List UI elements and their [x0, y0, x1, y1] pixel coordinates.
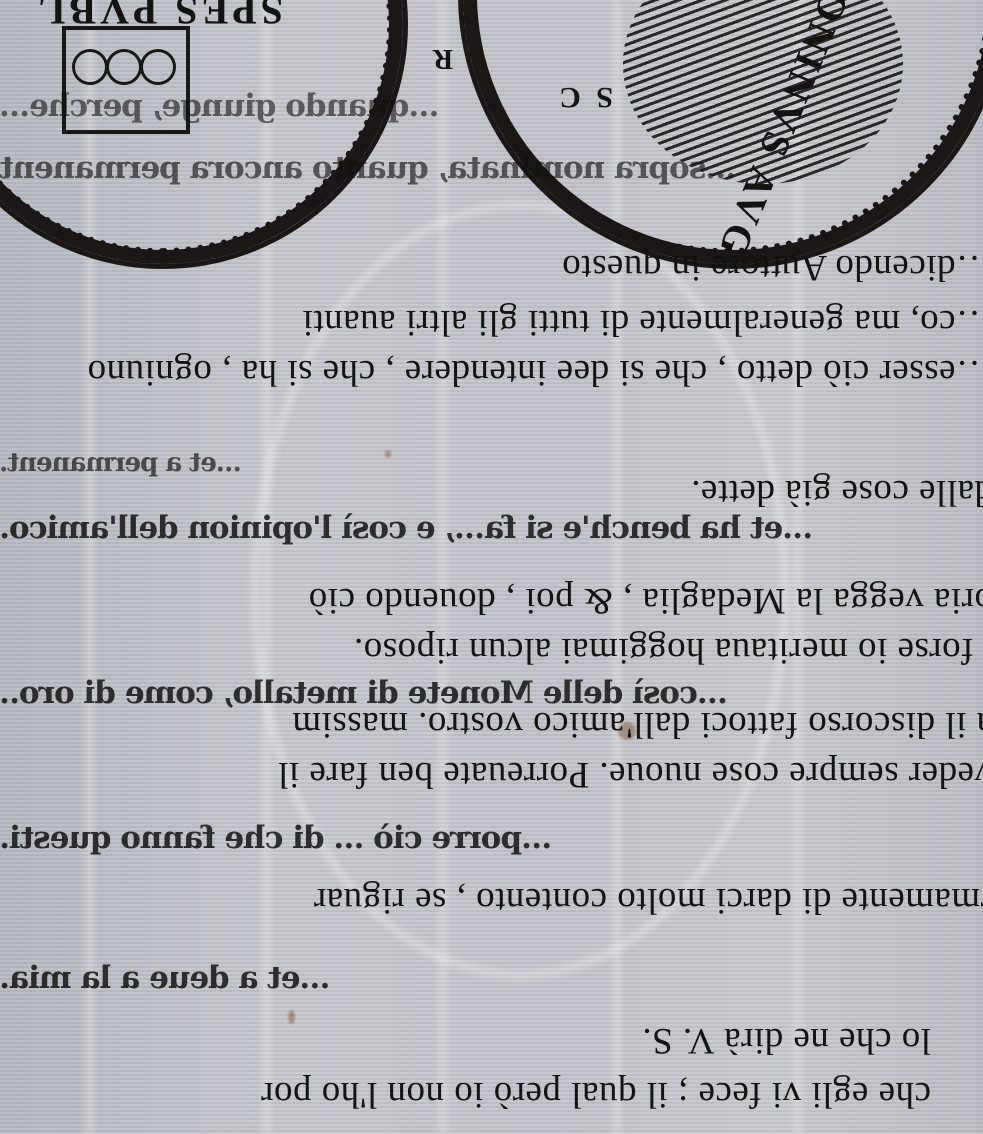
show-through-line: …et ha bench'e si fa…, e così l'opinion …: [0, 510, 813, 546]
coin-left-letter: R: [429, 42, 453, 74]
text-line: oria vegga la Medaglia , & poi , douendo…: [308, 579, 983, 622]
book-page-scan: ANTONINVS AVG S C SPES PVBL R che egli v…: [0, 0, 983, 1134]
show-through-line: …quando giunge, perche…: [0, 88, 439, 124]
text-line: , forse io meritaua hoggimai alcun ripos…: [353, 629, 983, 672]
show-through-line: …et a permanent.: [0, 448, 242, 478]
text-line: lo che ne dirà V. S.: [642, 1019, 931, 1062]
text-line: dalle cose già dette.: [691, 471, 983, 514]
show-through-line: …et a deue a la mia…: [0, 960, 330, 996]
show-through-line: …porre ciò … di che fanno questi…: [0, 820, 552, 856]
text-line: che egli vi fece ; il qual però io non l…: [261, 1073, 931, 1116]
text-line: …dicendo Auttore in questo: [562, 246, 983, 289]
text-line: rmamente di darci molto contento , se ri…: [313, 879, 983, 922]
show-through-line: …così delle Monete di metallo, come di o…: [0, 675, 728, 711]
text-line: veder sempre cose nuoue. Porreuate ben f…: [278, 753, 983, 796]
text-line: …co, ma generalmente di tutti gli altri …: [302, 301, 983, 344]
show-through-line: …sopra nominata, quanto ancora permanent: [0, 150, 736, 186]
text-line: …esser ciò detto , che si dee intendere …: [87, 351, 983, 394]
coin-right-side-letters: S C: [555, 80, 613, 114]
